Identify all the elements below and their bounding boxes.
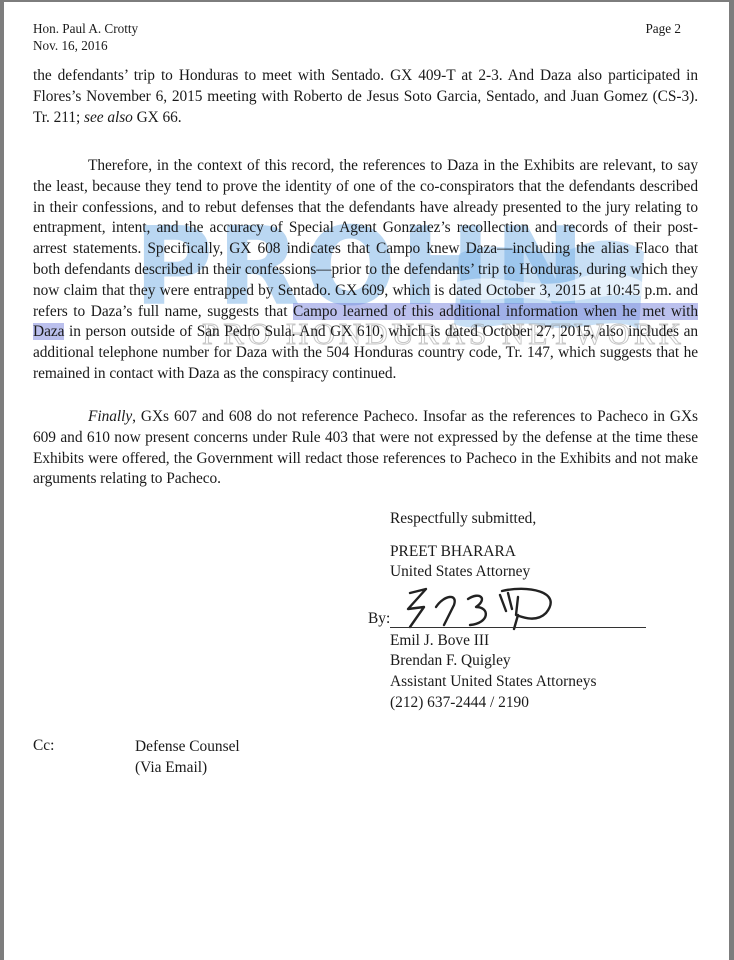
cc-recipients: Defense Counsel (Via Email): [135, 737, 240, 778]
by-label: By:: [368, 609, 390, 630]
cc-recipient: Defense Counsel: [135, 737, 240, 758]
handwritten-signature-icon: [396, 585, 566, 633]
signature-line: [390, 627, 646, 628]
signers-title: Assistant United States Attorneys: [390, 672, 596, 693]
cc-method: (Via Email): [135, 758, 240, 779]
cc-label: Cc:: [33, 737, 54, 755]
letter-header: Hon. Paul A. Crotty Nov. 16, 2016: [33, 21, 138, 54]
closing: Respectfully submitted,: [390, 509, 596, 530]
signer-2: Brendan F. Quigley: [390, 651, 596, 672]
paragraph-finally: Finally, GXs 607 and 608 do not referenc…: [33, 407, 698, 490]
paragraph-relevance: Therefore, in the context of this record…: [33, 156, 698, 385]
attorney-title: United States Attorney: [390, 562, 596, 583]
signature-block: Respectfully submitted, PREET BHARARA Un…: [390, 509, 596, 713]
letter-date: Nov. 16, 2016: [33, 38, 138, 55]
page-number: Page 2: [645, 21, 681, 38]
document-page: Hon. Paul A. Crotty Nov. 16, 2016 Page 2…: [4, 2, 729, 960]
addressee: Hon. Paul A. Crotty: [33, 21, 138, 38]
paragraph-continuation: the defendants’ trip to Honduras to meet…: [33, 66, 698, 128]
signer-1: Emil J. Bove III: [390, 631, 596, 652]
phone-number: (212) 637-2444 / 2190: [390, 693, 596, 714]
attorney-name: PREET BHARARA: [390, 542, 596, 563]
